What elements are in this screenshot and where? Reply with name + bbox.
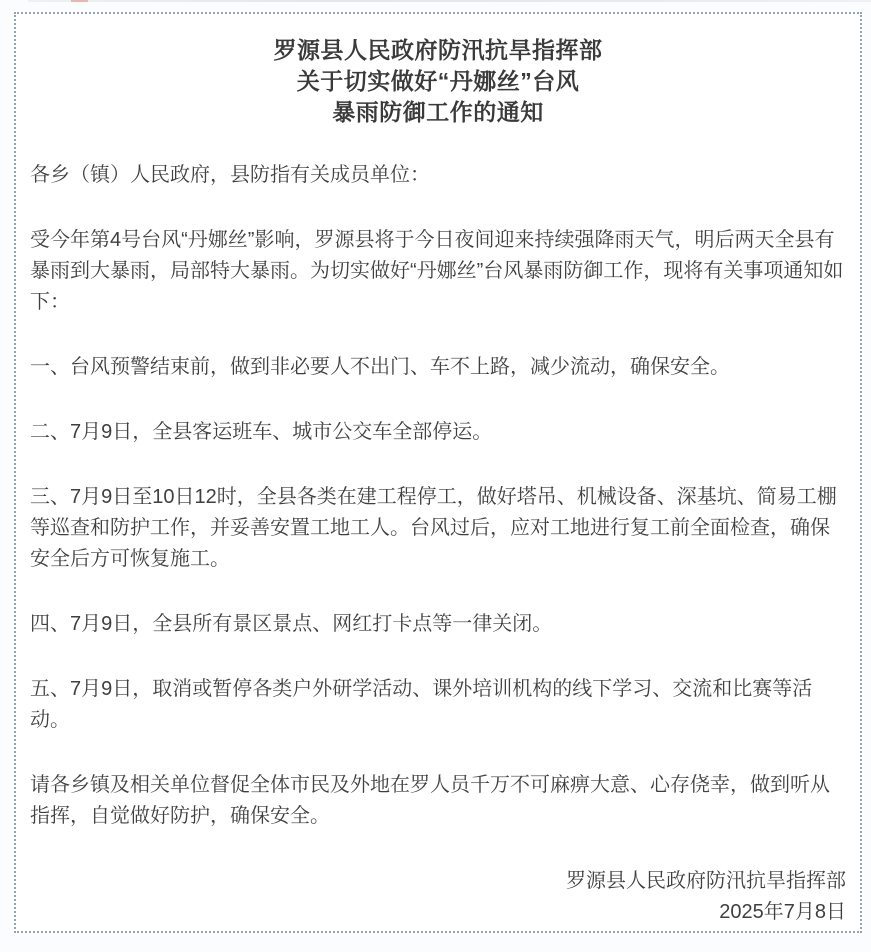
notice-title-line-2: 关于切实做好“丹娜丝”台风	[30, 66, 846, 97]
notice-paragraph-item-2: 二、7月9日，全县客运班车、城市公交车全部停运。	[30, 417, 846, 448]
notice-title: 罗源县人民政府防汛抗旱指挥部 关于切实做好“丹娜丝”台风 暴雨防御工作的通知	[30, 35, 846, 128]
notice-signature-block: 罗源县人民政府防汛抗旱指挥部 2025年7月8日	[30, 866, 846, 928]
cropped-content-fleck	[71, 0, 88, 2]
notice-salutation: 各乡（镇）人民政府，县防指有关成员单位：	[30, 160, 846, 191]
notice-date: 2025年7月8日	[30, 897, 846, 928]
notice-paragraph-item-4: 四、7月9日，全县所有景区景点、网红打卡点等一律关闭。	[30, 609, 846, 640]
notice-paragraph-item-1: 一、台风预警结束前，做到非必要人不出门、车不上路，减少流动，确保安全。	[30, 352, 846, 383]
notice-paragraph-item-5: 五、7月9日，取消或暂停各类户外研学活动、课外培训机构的线下学习、交流和比赛等活…	[30, 674, 846, 736]
cropped-content-edge	[28, 0, 871, 2]
page-background: 罗源县人民政府防汛抗旱指挥部 关于切实做好“丹娜丝”台风 暴雨防御工作的通知 各…	[0, 0, 871, 952]
notice-title-line-3: 暴雨防御工作的通知	[30, 97, 846, 128]
notice-paragraph-closing: 请各乡镇及相关单位督促全体市民及外地在罗人员千万不可麻痹大意、心存侥幸，做到听从…	[30, 770, 846, 832]
notice-signature: 罗源县人民政府防汛抗旱指挥部	[30, 866, 846, 897]
notice-paragraph-intro: 受今年第4号台风“丹娜丝”影响，罗源县将于今日夜间迎来持续强降雨天气，明后两天全…	[30, 225, 846, 318]
notice-paragraph-item-3: 三、7月9日至10日12时，全县各类在建工程停工，做好塔吊、机械设备、深基坑、简…	[30, 482, 846, 575]
notice-title-line-1: 罗源县人民政府防汛抗旱指挥部	[30, 35, 846, 66]
notice-document: 罗源县人民政府防汛抗旱指挥部 关于切实做好“丹娜丝”台风 暴雨防御工作的通知 各…	[14, 12, 862, 933]
